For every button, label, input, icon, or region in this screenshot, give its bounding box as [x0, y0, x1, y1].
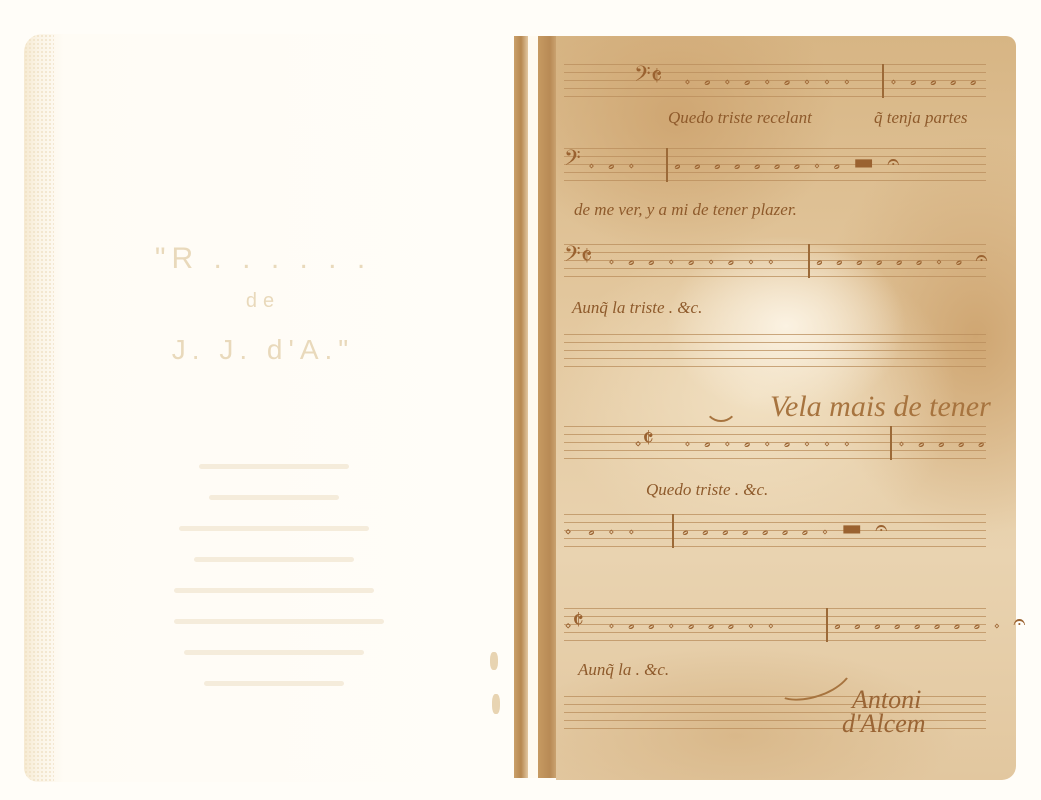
binding-edge	[514, 36, 528, 778]
right-page-music-manuscript: 𝄢𝄵 𝆹 𝅗 𝆹 𝅗 𝆹 𝅗 𝆹 𝆹 𝆹 𝆹 𝅗 𝅗 𝅗 𝅗 Quedo tri…	[556, 36, 1016, 780]
music-staff-4-empty	[564, 334, 986, 368]
notes: 𝅗 𝅗 𝅗 𝅗 𝅗 𝅗 𝆹 𝅗 𝄐	[816, 246, 976, 276]
bleed-through-title: "R . . . . . .	[24, 242, 502, 276]
clef-icon: 𝄢𝄵	[564, 242, 592, 273]
page-edge-texture	[24, 34, 54, 782]
music-staff-2: 𝄢 𝆹 𝅗 𝆹 𝅗 𝅗 𝅗 𝅗 𝅗 𝅗 𝅗 𝆹 𝅗 ▬ 𝄐	[564, 148, 986, 182]
clef-icon: 𝆹𝄵	[634, 424, 654, 455]
page-edge	[538, 36, 558, 778]
clef-icon: 𝆹	[564, 512, 572, 543]
music-staff-6: 𝆹 𝅗 𝆹 𝆹 𝅗 𝅗 𝅗 𝅗 𝅗 𝅗 𝅗 𝆹 ▬ 𝄐	[564, 514, 986, 548]
bar-line	[672, 514, 674, 548]
music-staff-3: 𝄢𝄵 𝆹 𝅗 𝅗 𝆹 𝅗 𝆹 𝅗 𝆹 𝆹 𝅗 𝅗 𝅗 𝅗 𝅗 𝅗 𝆹 𝅗 𝄐	[564, 244, 986, 278]
notes: 𝅗 𝅗 𝅗 𝅗 𝅗 𝅗 𝅗 𝆹 𝅗 ▬ 𝄐	[674, 150, 976, 180]
section-heading: Vela mais de tener	[770, 390, 991, 424]
lyric-line: Quedo triste recelant	[668, 108, 812, 128]
lyric-line: de me ver, y a mi de tener plazer.	[574, 200, 797, 220]
notes: 𝅗 𝅗 𝅗 𝅗 𝅗 𝅗 𝅗 𝅗 𝆹 𝄐	[834, 610, 976, 640]
lyric-line: Aunq̃ la . &c.	[578, 660, 669, 680]
bleed-through-subtitle: de	[24, 290, 502, 313]
ink-smudge	[490, 652, 498, 670]
lyric-line: Quedo triste . &c.	[646, 480, 768, 500]
bar-line	[666, 148, 668, 182]
notes: 𝆹 𝅗 𝅗 𝅗 𝅗	[898, 428, 976, 458]
clef-icon: 𝄢	[564, 146, 581, 177]
bar-line	[882, 64, 884, 98]
left-page: "R . . . . . . de J. J. d'A."	[24, 34, 502, 782]
notes: 𝅗 𝅗 𝅗 𝅗 𝅗 𝅗 𝅗 𝆹 ▬ 𝄐	[682, 516, 976, 546]
lyric-line: q̃ tenja partes	[874, 108, 968, 128]
notes: 𝆹 𝅗 𝅗 𝅗 𝅗	[890, 66, 976, 96]
clef-icon: 𝄢𝄵	[634, 62, 662, 93]
bleed-through-initials: J. J. d'A."	[24, 334, 502, 366]
bar-line	[890, 426, 892, 460]
clef-icon: 𝆹𝄵	[564, 606, 584, 637]
music-staff-1: 𝄢𝄵 𝆹 𝅗 𝆹 𝅗 𝆹 𝅗 𝆹 𝆹 𝆹 𝆹 𝅗 𝅗 𝅗 𝅗	[564, 64, 986, 98]
decorative-flourish	[704, 388, 738, 422]
music-staff-5: 𝆹𝄵 𝆹 𝅗 𝆹 𝅗 𝆹 𝅗 𝆹 𝆹 𝆹 𝆹 𝅗 𝅗 𝅗 𝅗	[564, 426, 986, 460]
lyric-line: Aunq̃ la triste . &c.	[572, 298, 702, 318]
bar-line	[808, 244, 810, 278]
bar-line	[826, 608, 828, 642]
music-staff-7: 𝆹𝄵 𝆹 𝅗 𝅗 𝆹 𝅗 𝅗 𝅗 𝆹 𝆹 𝅗 𝅗 𝅗 𝅗 𝅗 𝅗 𝅗 𝅗 𝆹 𝄐	[564, 608, 986, 642]
ink-smudge	[492, 694, 500, 714]
signature-line-2: d'Alcem	[842, 712, 926, 736]
bleed-through-text-lines	[174, 464, 374, 712]
